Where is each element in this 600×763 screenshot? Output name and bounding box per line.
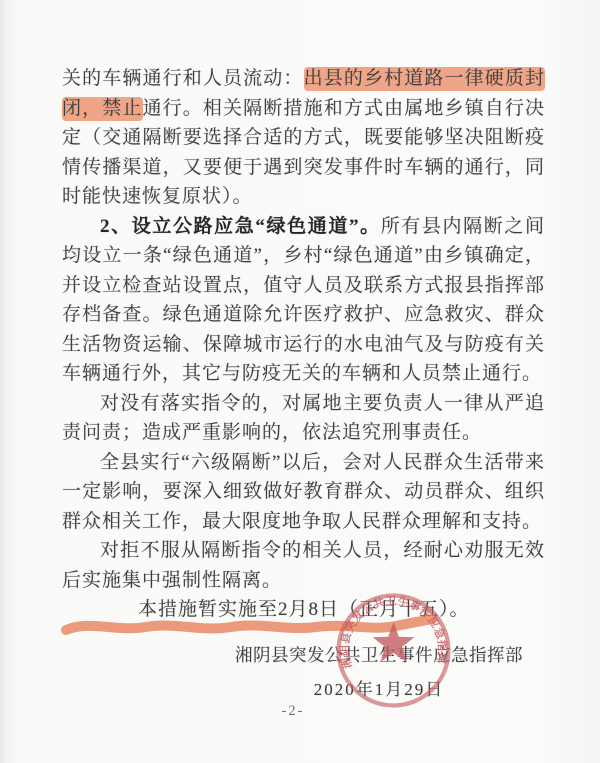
paragraph: 2、设立公路应急“绿色通道”。所有县内隔断之间均设立一条“绿色通道”，乡村“绿色… (62, 212, 545, 389)
body-text: 关的车辆通行和人员流动：出县的乡村道路一律硬质封闭，禁止通行。相关隔断措施和方式… (62, 64, 545, 705)
paragraph-text: 所有县内隔断之间均设立一条“绿色通道”，乡村“绿色通道”由乡镇确定，并设立检查站… (62, 216, 545, 385)
paragraph: 关的车辆通行和人员流动：出县的乡村道路一律硬质封闭，禁止通行。相关隔断措施和方式… (62, 64, 545, 212)
paragraph: 对拒不服从隔断指令的相关人员，经耐心劝服无效后实施集中强制性隔离。 (62, 536, 545, 595)
paragraph: 对没有落实指令的，对属地主要负责人一律从严追责问责；造成严重影响的，依法追究刑事… (62, 389, 545, 448)
paragraph-lead-bold: 2、设立公路应急“绿色通道”。 (100, 216, 381, 237)
paragraph: 全县实行“六级隔断”以后，会对人民群众生活带来一定影响，要深入细致做好教育群众、… (62, 448, 545, 537)
paragraph-text: 关的车辆通行和人员流动： (62, 68, 304, 89)
page-number: -2- (0, 703, 586, 720)
official-seal: 湘阴县突发公共卫生事件应急指挥部 (334, 591, 453, 710)
document-page: 关的车辆通行和人员流动：出县的乡村道路一律硬质封闭，禁止通行。相关隔断措施和方式… (0, 0, 600, 763)
paragraph: 本措施暂实施至2月8日（正月十五）。 (62, 595, 545, 625)
seal-star-icon (373, 622, 415, 662)
